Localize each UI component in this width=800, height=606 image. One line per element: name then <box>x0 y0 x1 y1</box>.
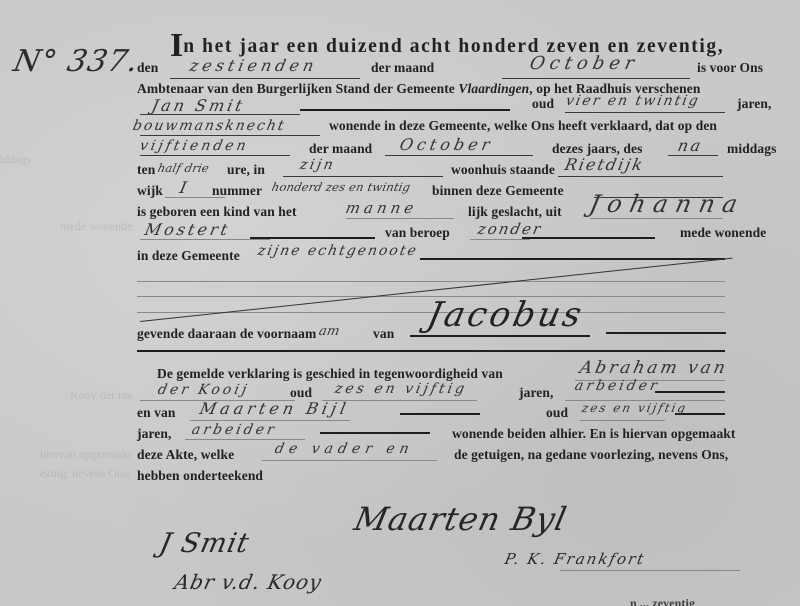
blank-line <box>420 258 725 260</box>
label-der-maand-2: der maand <box>309 141 372 157</box>
birth-certificate-page: iddags mede wonende Kooy der raa hiervan… <box>0 0 800 606</box>
label-ure-in: ure, in <box>227 162 265 178</box>
label-hebben: hebben onderteekend <box>137 468 263 484</box>
label-deze-akte: deze Akte, welke <box>137 447 234 463</box>
blank-line <box>606 332 726 334</box>
blank-line <box>283 176 443 177</box>
blank-line <box>655 391 725 393</box>
blank-line <box>190 420 350 421</box>
blank-line <box>400 413 480 415</box>
label-is-voor-ons: is voor Ons <box>697 60 763 76</box>
hw-signers: de vader en <box>273 441 415 457</box>
hw-witness2-age: zes en vijftig <box>581 401 689 415</box>
label-jaren-3: jaren, <box>137 426 171 442</box>
label-wonende-beiden: wonende beiden alhier. En is hiervan opg… <box>452 426 736 442</box>
hw-day-declaration: zestienden <box>188 56 319 75</box>
bleed-line: mede wonende <box>0 217 150 236</box>
blank-line <box>522 237 655 239</box>
blank-line <box>590 218 723 219</box>
blank-line <box>558 176 723 177</box>
label-getuigen: de getuigen, na gedane voorlezing, neven… <box>454 447 728 463</box>
hw-wijk: I <box>178 178 191 197</box>
bleed-line: Kooy der raa <box>0 386 150 405</box>
hw-declarant-age: vier en twintig <box>564 93 701 109</box>
signature-official: P. K. Frankfort <box>503 550 647 568</box>
label-nummer: nummer <box>212 183 262 199</box>
hw-witness1-name-b: der Kooij <box>156 382 251 398</box>
blank-line <box>580 420 665 421</box>
gevende-text: gevende daaraan de voornaam <box>137 326 316 341</box>
blank-line <box>185 439 305 440</box>
hw-mother-occupation: zonder <box>476 220 544 238</box>
label-in-deze-gemeente: in deze Gemeente <box>137 248 240 264</box>
label-gevende: gevende daaraan de voornaam <box>137 326 316 342</box>
drop-cap: I <box>170 27 183 64</box>
label-jaren: jaren, <box>737 96 771 112</box>
bleed-line: iddags <box>0 150 150 169</box>
label-oud-3: oud <box>546 405 568 421</box>
hw-voornaam-correction: am <box>317 324 341 339</box>
hw-mother-first: Johanna <box>587 190 748 218</box>
label-wonende-verklaard: wonende in deze Gemeente, welke Ons heef… <box>329 118 717 134</box>
blank-line <box>470 239 530 240</box>
label-ten: ten <box>137 162 155 178</box>
label-van-beroep: van beroep <box>385 225 450 241</box>
blank-line <box>410 335 590 337</box>
label-wijk: wijk <box>137 183 163 199</box>
label-jaren-2: jaren, <box>519 385 553 401</box>
hw-street: Rietdijk <box>563 155 646 174</box>
record-number: N° 337. <box>10 44 142 79</box>
label-en-van: en van <box>137 405 175 421</box>
hw-hour: half drie <box>157 161 211 175</box>
blank-line <box>140 239 270 240</box>
bleed-through-text: iddags mede wonende Kooy der raa hiervan… <box>0 150 150 483</box>
bleed-line: ezing, nevens Ons, <box>0 464 150 483</box>
label-mede-wonende: mede wonende <box>680 225 766 241</box>
blank-line <box>250 237 375 239</box>
label-middags: middags <box>727 141 776 157</box>
blank-line <box>262 460 437 461</box>
label-woonhuis: woonhuis staande <box>451 162 555 178</box>
hw-house-number: honderd zes en twintig <box>271 180 412 194</box>
hw-witness1-age: zes en vijftig <box>333 381 468 397</box>
label-gemelde: De gemelde verklaring is geschied in teg… <box>157 366 503 382</box>
blank-line <box>300 109 510 111</box>
hw-mother-relation: zijne echtgenoote <box>256 243 419 259</box>
hw-sex: manne <box>344 199 419 217</box>
opening-text: n het jaar een duizend acht honderd zeve… <box>183 36 724 57</box>
blank-line <box>385 155 533 156</box>
label-der-maand: der maand <box>371 60 434 76</box>
hw-house-owner: zijn <box>298 157 337 173</box>
hw-mother-last: Mostert <box>143 220 232 239</box>
hw-declarant-occupation: bouwmansknecht <box>131 118 287 134</box>
hw-witness1-name-a: Abraham van <box>578 358 730 378</box>
label-den: den <box>137 60 158 76</box>
label-binnen: binnen deze Gemeente <box>432 183 564 199</box>
blank-line <box>140 135 320 136</box>
hw-day-birth: vijftienden <box>138 138 250 154</box>
blank-line <box>346 218 454 219</box>
blank-line <box>502 78 690 79</box>
signature-declarant: J Smit <box>157 528 253 559</box>
label-geboren: is geboren een kind van het <box>137 204 297 220</box>
bleed-line: hiervan opgemaakt <box>0 445 150 464</box>
hw-month-birth: October <box>398 135 496 154</box>
ruled-line <box>137 350 725 352</box>
blank-line <box>170 78 360 79</box>
blank-line <box>668 155 718 156</box>
hw-witness2-occupation: arbeider <box>190 422 278 438</box>
hw-witness1-occupation: arbeider <box>573 378 661 394</box>
label-van: van <box>373 326 394 342</box>
municipality-name: Vlaardingen <box>458 81 529 96</box>
ruled-line <box>137 281 725 282</box>
label-oud: oud <box>532 96 554 112</box>
blank-line <box>565 112 725 113</box>
blank-line <box>140 155 290 156</box>
blank-line <box>320 432 430 434</box>
hw-month-declaration: October <box>528 53 641 74</box>
hw-declarant-name: Jan Smit <box>150 96 247 115</box>
label-lijk-geslacht: lijk geslacht, uit <box>468 204 562 220</box>
hw-time-prefix: na <box>676 136 705 155</box>
signature-underline <box>560 570 740 571</box>
hw-witness2-name: Maarten Bijl <box>198 399 351 418</box>
ambtenaar-text: Ambtenaar van den Burgerlijken Stand der… <box>137 81 455 96</box>
signature-witness2: Maarten Byl <box>351 500 571 538</box>
hw-child-name: Jacobus <box>424 295 588 335</box>
signature-witness1: Abr v.d. Kooy <box>172 570 324 594</box>
next-record-cut-text: n ... zeventig <box>630 596 695 606</box>
